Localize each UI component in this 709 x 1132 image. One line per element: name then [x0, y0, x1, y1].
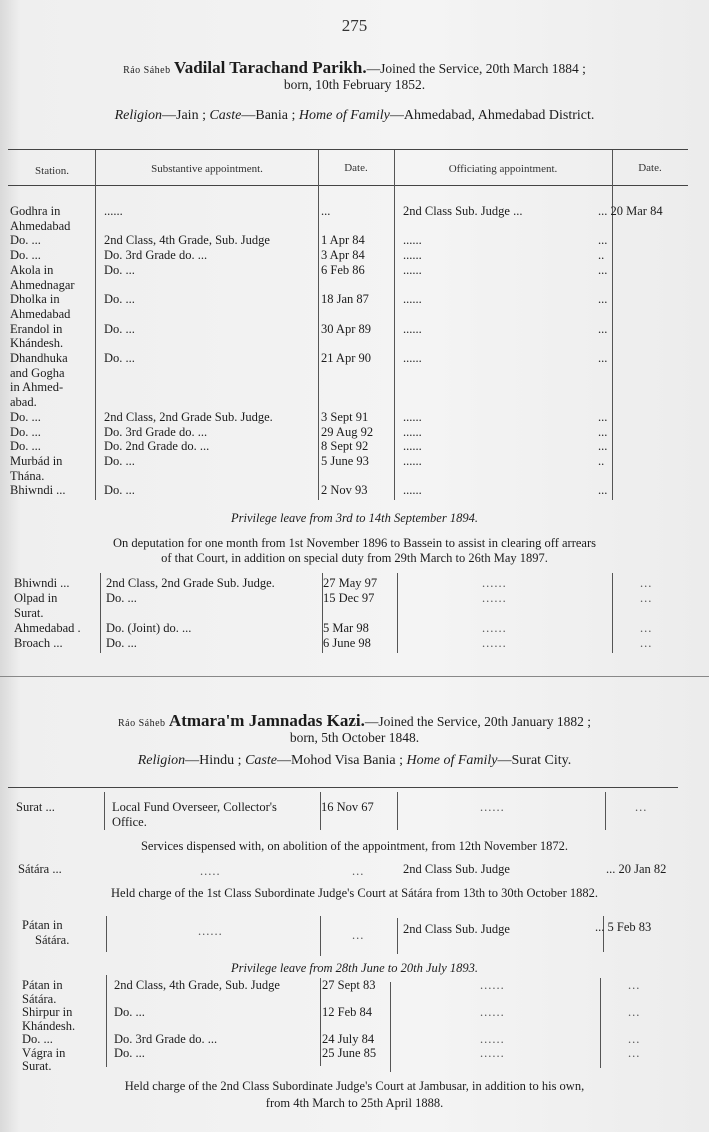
religion-label: Religion — [115, 108, 162, 123]
section-divider — [0, 676, 709, 677]
officiating-cell: ...... — [403, 410, 422, 425]
entry2-note-jambusar-1: Held charge of the 2nd Class Subordinate… — [0, 1078, 709, 1094]
col-divider — [612, 150, 613, 500]
substantive-cell: Do. ... — [104, 454, 135, 469]
entry2-note-privilege: Privilege leave from 28th June to 20th J… — [0, 960, 709, 976]
col-divider — [106, 916, 107, 952]
date-cell: 27 May 97 — [323, 576, 377, 591]
officiating-cell: 2nd Class Sub. Judge — [403, 922, 510, 937]
substantive-cell: 2nd Class, 4th Grade, Sub. Judge — [114, 978, 280, 993]
substantive-cell: Do. ... — [104, 322, 135, 337]
date2-cell: ... — [640, 576, 652, 591]
date-cell: 25 June 85 — [322, 1046, 376, 1061]
station-cell: in Ahmed- — [10, 380, 63, 395]
col-divider — [100, 573, 101, 653]
date2-cell: ... — [628, 978, 640, 993]
date2-cell: ... — [640, 636, 652, 651]
substantive-cell: Do. ... — [104, 483, 135, 498]
date2-cell: .. — [598, 454, 604, 469]
station-cell: Surat. — [22, 1059, 52, 1074]
col-divider — [397, 792, 398, 830]
date-cell: 1 Apr 84 — [321, 233, 365, 248]
date-cell: 29 Aug 92 — [321, 425, 373, 440]
substantive-cell: Do. 3rd Grade do. ... — [104, 248, 207, 263]
born-text: born, 10th February 1852. — [0, 77, 709, 93]
station-cell: Do. ... — [10, 248, 41, 263]
date-cell: 3 Apr 84 — [321, 248, 365, 263]
home-label: Home of Family — [407, 753, 498, 768]
station-cell: Broach ... — [14, 636, 63, 651]
date-cell: 30 Apr 89 — [321, 322, 371, 337]
col-divider — [320, 916, 321, 956]
date2-cell: ... — [628, 1046, 640, 1061]
officiating-cell: ...... — [480, 1046, 505, 1061]
header-substantive: Substantive appointment. — [96, 163, 318, 175]
station-cell: Ahmednagar — [10, 278, 75, 293]
station-cell: Bhiwndi ... — [10, 483, 66, 498]
officiating-cell: ...... — [403, 233, 422, 248]
officiating-cell: ...... — [482, 636, 507, 651]
date-cell: 21 Apr 90 — [321, 351, 371, 366]
date2-cell: ... 20 Jan 82 — [606, 862, 666, 877]
station-cell: and Gogha — [10, 366, 65, 381]
date2-cell: ... 20 Mar 84 — [598, 204, 663, 219]
substantive-cell: Do. 3rd Grade do. ... — [104, 425, 207, 440]
substantive-cell: Do. ... — [104, 351, 135, 366]
date-cell: 6 Feb 86 — [321, 263, 365, 278]
date2-cell: ... — [598, 410, 607, 425]
officiating-cell: 2nd Class Sub. Judge — [403, 862, 510, 877]
station-cell: Erandol in — [10, 322, 62, 337]
officiating-cell: ...... — [403, 248, 422, 263]
home-label: Home of Family — [299, 108, 390, 123]
date-cell: ... — [352, 928, 364, 943]
date2-cell: ... — [598, 322, 607, 337]
substantive-cell: Do. ... — [114, 1046, 145, 1061]
date-cell: 3 Sept 91 — [321, 410, 368, 425]
joined-text: —Joined the Service, 20th January 1882 ; — [365, 714, 591, 729]
entry1-religion-line: Religion—Jain ; Caste—Bania ; Home of Fa… — [0, 108, 709, 124]
substantive-cell: 2nd Class, 4th Grade, Sub. Judge — [104, 233, 270, 248]
date-cell: 6 June 98 — [323, 636, 371, 651]
date-cell: 15 Dec 97 — [323, 591, 374, 606]
station-cell: Dhandhuka — [10, 351, 68, 366]
religion-value: —Jain ; — [162, 108, 206, 123]
caste-value: —Mohod Visa Bania ; — [277, 753, 403, 768]
station-cell: Olpad in — [14, 591, 57, 606]
date-cell: 16 Nov 67 — [321, 800, 374, 815]
substantive-cell: Do. 2nd Grade do. ... — [104, 439, 209, 454]
officiating-cell: ...... — [403, 322, 422, 337]
date2-cell: ... — [598, 292, 607, 307]
officiating-cell: ...... — [403, 351, 422, 366]
title-prefix: Ráo Sáheb — [123, 65, 171, 76]
officiating-cell: ...... — [482, 621, 507, 636]
entry2-note-held-charge: Held charge of the 1st Class Subordinate… — [0, 885, 709, 901]
entry1-note-deputation-2: of that Court, in addition on special du… — [0, 550, 709, 566]
page-number: 275 — [0, 16, 709, 36]
station-cell: Thána. — [10, 469, 44, 484]
entry2-note-dispensed: Services dispensed with, on abolition of… — [0, 838, 709, 854]
substantive-cell: Do. ... — [114, 1005, 145, 1020]
station-cell: Khándesh. — [10, 336, 63, 351]
entry2-religion-line: Religion—Hindu ; Caste—Mohod Visa Bania … — [0, 753, 709, 769]
header-station: Station. — [8, 165, 96, 177]
substantive-cell: Do. ... — [104, 263, 135, 278]
station-cell: Sátára ... — [18, 862, 62, 877]
entry1-note-privilege: Privilege leave from 3rd to 14th Septemb… — [0, 510, 709, 526]
col-divider — [390, 982, 391, 1072]
officiating-cell: ...... — [480, 800, 505, 815]
col-divider — [397, 573, 398, 653]
officiating-cell: ...... — [480, 1005, 505, 1020]
col-divider — [318, 150, 319, 500]
officiating-cell: ...... — [403, 263, 422, 278]
date-cell: ... — [352, 864, 364, 879]
officiating-cell: ...... — [482, 591, 507, 606]
col-divider — [600, 978, 601, 1068]
officiating-cell: ...... — [403, 292, 422, 307]
officiating-cell: ...... — [480, 978, 505, 993]
col-divider — [320, 978, 321, 1066]
caste-label: Caste — [209, 108, 241, 123]
caste-value: —Bania ; — [241, 108, 295, 123]
date-cell: 8 Sept 92 — [321, 439, 368, 454]
col-divider — [605, 792, 606, 830]
station-cell: Murbád in — [10, 454, 62, 469]
substantive-cell: ...... — [104, 204, 123, 219]
substantive-cell: Do. (Joint) do. ... — [106, 621, 191, 636]
col-divider — [106, 975, 107, 1067]
col-divider — [394, 150, 395, 500]
substantive-cell: 2nd Class, 2nd Grade Sub. Judge. — [106, 576, 275, 591]
station-cell: abad. — [10, 395, 37, 410]
station-cell: Pátan in — [22, 918, 63, 933]
date-cell: 12 Feb 84 — [322, 1005, 372, 1020]
table-top-rule — [8, 787, 678, 788]
col-divider — [104, 792, 105, 830]
table-top-rule — [8, 149, 688, 150]
born-text: born, 5th October 1848. — [0, 730, 709, 746]
substantive-cell: ...... — [198, 924, 223, 939]
date2-cell: ... — [598, 439, 607, 454]
header-officiating: Officiating appointment. — [394, 163, 612, 175]
date-cell: 27 Sept 83 — [322, 978, 375, 993]
date2-cell: ... — [598, 483, 607, 498]
station-cell: Godhra in — [10, 204, 60, 219]
station-cell: Akola in — [10, 263, 53, 278]
substantive-cell: Do. ... — [106, 591, 137, 606]
date-cell: 5 June 93 — [321, 454, 369, 469]
officer-name: Atmara'm Jamnadas Kazi. — [169, 711, 365, 730]
date2-cell: ... — [640, 621, 652, 636]
entry1-note-deputation-1: On deputation for one month from 1st Nov… — [0, 535, 709, 551]
col-divider — [95, 150, 96, 500]
document-page: 275 Ráo Sáheb Vadilal Tarachand Parikh.—… — [0, 0, 709, 1132]
date-cell: 2 Nov 93 — [321, 483, 368, 498]
date2-cell: ... — [598, 263, 607, 278]
date2-cell: ... — [598, 425, 607, 440]
table-header-rule — [8, 185, 688, 186]
station-cell: Do. ... — [10, 425, 41, 440]
officiating-cell: ...... — [403, 454, 422, 469]
home-value: —Surat City. — [498, 753, 572, 768]
station-cell: Surat ... — [16, 800, 55, 815]
station-cell: Sátára. — [35, 933, 69, 948]
date-cell: 18 Jan 87 — [321, 292, 369, 307]
date2-cell: ... — [635, 800, 647, 815]
station-cell: Ahmedabad . — [14, 621, 81, 636]
date2-cell: .. — [598, 248, 604, 263]
station-cell: Do. ... — [10, 410, 41, 425]
substantive-cell: 2nd Class, 2nd Grade Sub. Judge. — [104, 410, 273, 425]
substantive-cell: Do. ... — [104, 292, 135, 307]
station-cell: Dholka in — [10, 292, 60, 307]
station-cell: Do. ... — [10, 233, 41, 248]
officiating-cell: ...... — [482, 576, 507, 591]
joined-text: —Joined the Service, 20th March 1884 ; — [367, 61, 586, 76]
officiating-cell: ...... — [403, 483, 422, 498]
religion-value: —Hindu ; — [185, 753, 241, 768]
header-date: Date. — [318, 162, 394, 174]
col-divider — [397, 918, 398, 954]
station-cell: Ahmedabad — [10, 307, 70, 322]
entry2-note-jambusar-2: from 4th March to 25th April 1888. — [0, 1095, 709, 1111]
station-cell: Do. ... — [10, 439, 41, 454]
date-cell: 5 Mar 98 — [323, 621, 369, 636]
caste-label: Caste — [245, 753, 277, 768]
date2-cell: ... — [640, 591, 652, 606]
header-date-2: Date. — [612, 162, 688, 174]
officiating-cell: ...... — [403, 425, 422, 440]
officiating-cell: 2nd Class Sub. Judge ... — [403, 204, 522, 219]
substantive-cell: Office. — [112, 815, 147, 830]
date-cell: ... — [321, 204, 330, 219]
station-cell: Surat. — [14, 606, 44, 621]
officiating-cell: ...... — [403, 439, 422, 454]
station-cell: Bhiwndi ... — [14, 576, 70, 591]
substantive-cell: Do. ... — [106, 636, 137, 651]
station-cell: Ahmedabad — [10, 219, 70, 234]
date2-cell: ... 5 Feb 83 — [595, 920, 651, 935]
col-divider — [612, 573, 613, 653]
substantive-cell: Local Fund Overseer, Collector's — [112, 800, 277, 815]
officer-name: Vadilal Tarachand Parikh. — [174, 58, 367, 77]
religion-label: Religion — [138, 753, 185, 768]
title-prefix: Ráo Sáheb — [118, 718, 166, 729]
date2-cell: ... — [598, 233, 607, 248]
date2-cell: ... — [598, 351, 607, 366]
home-value: —Ahmedabad, Ahmedabad District. — [390, 108, 595, 123]
date2-cell: ... — [628, 1005, 640, 1020]
substantive-cell: ..... — [200, 864, 221, 879]
